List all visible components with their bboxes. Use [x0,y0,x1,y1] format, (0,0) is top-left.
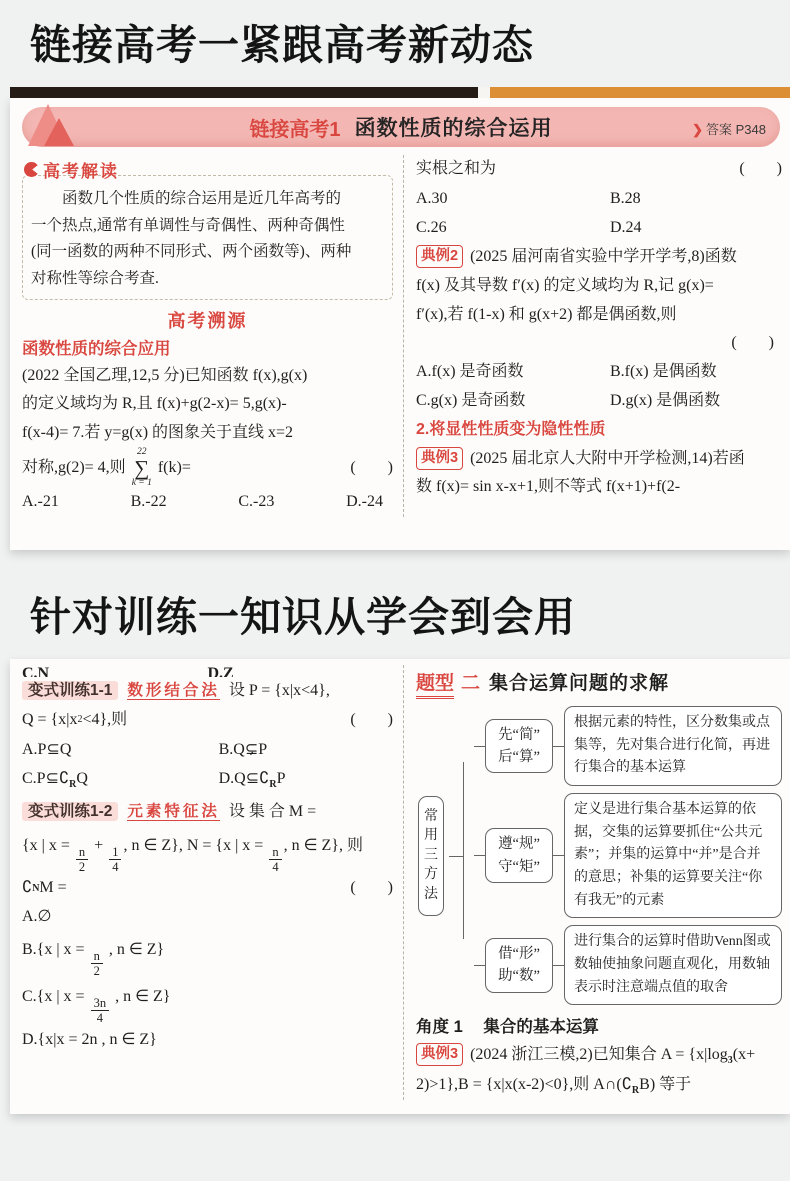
intro-line: 函数几个性质的综合运用是近几年高考的 [31,186,384,213]
clipped-options-row: C.N D.Z [22,665,393,677]
connector-line [553,746,564,747]
triangle-icon [28,104,74,146]
branch-node: 遵“规” 守“矩” [485,828,553,883]
branch-node-line: 先“简” [489,724,549,746]
type-title: 集合运算问题的求解 [489,668,669,695]
clipped-option-d: D.Z [208,665,394,677]
flow-root-connector [449,856,463,857]
problem-type-heading: 题型 二 集合运算问题的求解 [416,668,782,699]
angle-heading: 角度 1 集合的基本运算 [416,1013,782,1037]
problem-line: f(x) 及其导数 f′(x) 的定义域均为 R,记 g(x)= [416,272,782,301]
page1-left-column: 高考解读 函数几个性质的综合运用是近几年高考的 一个热点,通常有单调性与奇偶性、… [22,155,404,517]
product-detail-image: 链接高考一紧跟高考新动态 链接高考1 函数性质的综合运用 ❯答案 P348 高考… [0,0,790,1181]
textbook-page-1: 链接高考1 函数性质的综合运用 ❯答案 P348 高考解读 函数几个性质的综合运… [10,98,790,550]
method-subhead: 2.将显性性质变为隐性性质 [416,418,782,443]
banner-title: 函数性质的综合运用 [355,112,553,142]
example-3-text: (2025 届北京人大附中开学检测,14)若函 [470,450,745,467]
problem-line: 数 f(x)= sin x-x+1,则不等式 f(x+1)+f(2- [416,473,782,502]
example-2-line: 典例2(2025 届河南省实验中学开学考,8)函数 [416,243,782,272]
answer-ref-text: 答案 P348 [706,122,766,137]
problem-line-summation: 对称,g(2)= 4,则22∑k = 1f(k)=( ) [22,448,393,488]
problem-line: f(x-4)= 7.若 y=g(x) 的图象关于直线 x=2 [22,419,393,448]
option-a: A.∅ [22,903,393,932]
option-d: D.Q⊆∁RP [219,764,393,795]
page-edge-strip [10,87,790,98]
option-d: D.{x|x = 2n , n ∈ Z} [22,1026,393,1055]
option-a: A.P⊆Q [22,735,219,765]
option-a: A.30 [416,184,610,214]
page1-right-column: 实根之和为( ) A.30 B.28 C.26 D.24 典例2(2025 届河… [404,155,786,517]
page-edge-dark [10,87,478,98]
problem-line: 实根之和为( ) [416,155,782,184]
example-3-label: 典例3 [416,1043,463,1066]
banner-label: 链接高考1 [249,113,340,142]
branch-node-line: 助“数” [489,965,549,987]
branch-node: 借“形” 助“数” [485,938,553,993]
connector-line [474,965,485,966]
problem-line: 2)>1},B = {x|x(x-2)<0},则 A∩(∁RB) 等于 [416,1071,782,1100]
options-row: A.P⊆Q B.Q⊊P [22,735,393,765]
pacman-icon [24,162,39,177]
variation-1-1-label: 变式训练1-1 [22,681,118,700]
intro-line: (同一函数的两种不同形式、两个函数等)、两种 [31,239,384,266]
options-row: C.g(x) 是奇函数 D.g(x) 是偶函数 [416,386,782,416]
option-b: B.{x | x = n2 , n ∈ Z} [22,932,393,979]
option-d: D.-24 [346,488,383,517]
variation-1-2-line: 变式训练1-2元素特征法设 集 合 M = [22,798,393,827]
branch-node-line: 借“形” [489,943,549,965]
branch-node: 先“简” 后“算” [485,719,553,774]
page1-columns: 高考解读 函数几个性质的综合运用是近几年高考的 一个热点,通常有单调性与奇偶性、… [10,155,790,517]
problem-line: 的定义域均为 R,且 f(x)+g(2-x)= 5,g(x)- [22,390,393,419]
page-edge-orange [490,87,790,98]
option-c: C.{x | x = 3n4 , n ∈ Z} [22,979,393,1026]
methods-flowchart: 常用三方法 先“简” 后“算” 根据元素的特性，区分数集或点集等，先对集合进行化… [416,706,782,1005]
exam-interpret-badge: 高考解读 [24,157,393,182]
option-d: D.g(x) 是偶函数 [610,386,782,416]
connector-line [474,746,485,747]
exam-source-title: 高考溯源 [22,307,393,333]
option-a: A.f(x) 是奇函数 [416,357,610,387]
variation-1-1-text: 设 P = {x|x<4}, [229,682,330,699]
answer-ref: ❯答案 P348 [692,119,766,138]
options-row: C.P⊆∁RQ D.Q⊆∁RP [22,764,393,795]
branch-node-line: 守“矩” [489,856,549,878]
connector-line [474,855,485,856]
page2-left-column: C.N D.Z 变式训练1-1数形结合法设 P = {x|x<4}, Q = {… [22,665,404,1100]
branch-node-line: 后“算” [489,746,549,768]
example-3-label: 典例3 [416,447,463,470]
set-definition-line: {x | x = n2 + 14, n ∈ Z}, N = {x | x = n… [22,827,393,875]
options-row: C.26 D.24 [416,213,782,243]
option-c: C.-23 [238,488,274,517]
flow-branch-1: 先“简” 后“算” 根据元素的特性，区分数集或点集等，先对集合进行化简，再进行集… [474,706,782,786]
option-b: B.28 [610,184,782,214]
option-b: B.-22 [131,488,167,517]
variation-1-2-text: 设 集 合 M = [229,803,316,820]
type-label: 题型 [416,668,454,699]
exam-intro-box: 函数几个性质的综合运用是近几年高考的 一个热点,通常有单调性与奇偶性、两种奇偶性… [22,175,393,300]
type-number: 二 [461,668,480,695]
answer-blank: ( ) [416,329,782,356]
branch-node-line: 遵“规” [489,833,549,855]
angle-title: 集合的基本运算 [483,1018,599,1036]
intro-line: 对称性等综合考查. [31,266,384,293]
option-c: C.26 [416,213,610,243]
branch-description: 根据元素的特性，区分数集或点集等，先对集合进行化简，再进行集合的基本运算 [564,706,782,786]
variation-1-1-line: 变式训练1-1数形结合法设 P = {x|x<4}, [22,677,393,706]
flow-branch-3: 借“形” 助“数” 进行集合的运算时借助Venn图或数轴使抽象问题直观化，用数轴… [474,925,782,1005]
connector-line [553,965,564,966]
variation-1-2-label: 变式训练1-2 [22,802,118,821]
lesson-banner: 链接高考1 函数性质的综合运用 ❯答案 P348 [22,107,780,147]
example-3-line: 典例3(2025 届北京人大附中开学检测,14)若函 [416,445,782,474]
flow-branch-2: 遵“规” 守“矩” 定义是进行集合基本运算的依据，交集的运算要抓住“公共元素”；… [474,793,782,918]
option-b: B.Q⊊P [219,735,393,765]
example-3-line: 典例3(2024 浙江三模,2)已知集合 A = {x|log3(x+ [416,1041,782,1070]
options-row: A.30 B.28 [416,184,782,214]
section-heading-1: 链接高考一紧跟高考新动态 [0,0,790,87]
method-tag: 数形结合法 [127,682,220,700]
branch-description: 定义是进行集合基本运算的依据，交集的运算要抓住“公共元素”；并集的运算中“并”是… [564,793,782,918]
intro-line: 一个热点,通常有单调性与奇偶性、两种奇偶性 [31,213,384,240]
page2-right-column: 题型 二 集合运算问题的求解 常用三方法 先“简” 后“算” [404,665,786,1100]
option-c: C.g(x) 是奇函数 [416,386,610,416]
problem-line: (2022 全国乙理,12,5 分)已知函数 f(x),g(x) [22,362,393,391]
clipped-option-c: C.N [22,665,208,677]
section-heading-2: 针对训练一知识从学会到会用 [0,550,790,659]
options-row: A.-21 B.-22 C.-23 D.-24 [22,488,393,517]
page-edge-gap [478,87,490,98]
method-tag: 元素特征法 [127,803,220,821]
option-d: D.24 [610,213,782,243]
example-2-label: 典例2 [416,245,463,268]
option-a: A.-21 [22,488,59,517]
answer-arrow-icon: ❯ [692,122,703,137]
angle-label: 角度 1 [416,1018,463,1036]
problem-line: Q = {x|x2<4},则( ) [22,706,393,735]
problem-line: f′(x),若 f(1-x) 和 g(x+2) 都是偶函数,则 [416,301,782,330]
textbook-page-2: C.N D.Z 变式训练1-1数形结合法设 P = {x|x<4}, Q = {… [10,659,790,1114]
branch-description: 进行集合的运算时借助Venn图或数轴使抽象问题直观化，用数轴表示时注意端点值的取… [564,925,782,1005]
option-c: C.P⊆∁RQ [22,764,219,795]
topic-subhead: 函数性质的综合应用 [22,335,393,359]
flow-trunk-line [463,762,464,939]
flow-root-node: 常用三方法 [418,796,444,916]
option-b: B.f(x) 是偶函数 [610,357,782,387]
page2-columns: C.N D.Z 变式训练1-1数形结合法设 P = {x|x<4}, Q = {… [10,659,790,1100]
complement-line: ∁NM =( ) [22,874,393,903]
connector-line [553,855,564,856]
options-row: A.f(x) 是奇函数 B.f(x) 是偶函数 [416,357,782,387]
badge-label: 高考解读 [43,157,119,182]
example-2-text: (2025 届河南省实验中学开学考,8)函数 [470,248,737,265]
example-3-text: (2024 浙江三模,2)已知集合 A = {x|log3(x+ [470,1046,755,1063]
